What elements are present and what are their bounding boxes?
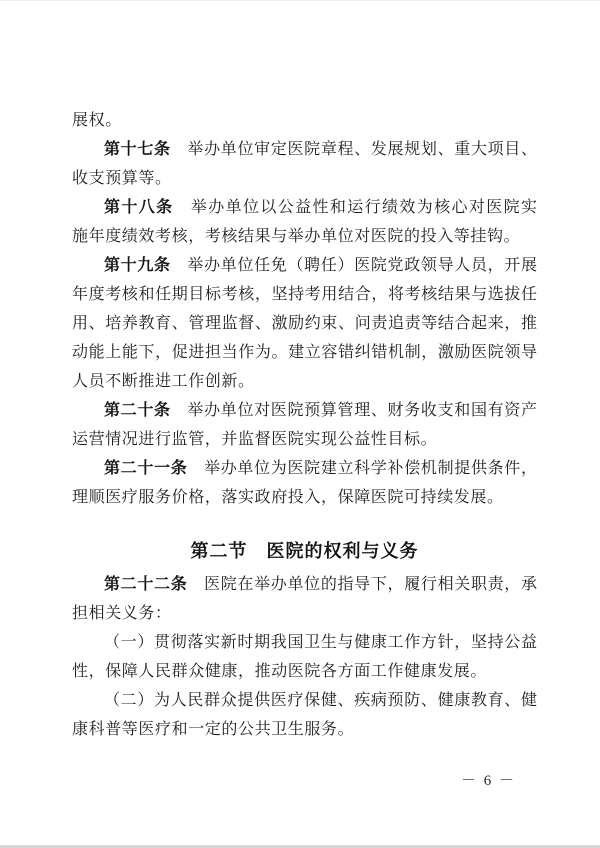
text-line: （一）贯彻落实新时期我国卫生与健康工作方针，坚持公益: [72, 628, 537, 657]
text-line: 第十八条 举办单位以公益性和运行绩效为核心对医院实: [72, 193, 537, 222]
text-run: 举办单位对医院预算管理、财务收支和国有资产: [187, 402, 537, 419]
article-number: 第十七条: [104, 141, 187, 158]
text-line: 第二十一条 举办单位为医院建立科学补偿机制提供条件，: [72, 454, 537, 483]
text-run: 年度考核和任期目标考核，坚持考用结合，将考核结果与选拔任: [72, 286, 537, 303]
text-line: 第十七条 举办单位审定医院章程、发展规划、重大项目、: [72, 135, 537, 164]
text-run: 动能上能下，促进担当作为。建立容错纠错机制，激励医院领导: [72, 344, 537, 361]
text-line: （二）为人民群众提供医疗保健、疾病预防、健康教育、健: [72, 686, 537, 715]
text-line: 动能上能下，促进担当作为。建立容错纠错机制，激励医院领导: [72, 338, 537, 367]
body-text-block-lower: 第二十二条 医院在举办单位的指导下，履行相关职责，承担相关义务：（一）贯彻落实新…: [72, 570, 537, 744]
text-line: 人员不断推进工作创新。: [72, 367, 537, 396]
text-run: 理顺医疗服务价格，落实政府投入，保障医院可持续发展。: [72, 489, 504, 506]
text-run: 康科普等医疗和一定的公共卫生服务。: [72, 721, 354, 738]
text-line: 施年度绩效考核，考核结果与举办单位对医院的投入等挂钩。: [72, 222, 537, 251]
text-line: 用、培养教育、管理监督、激励约束、问责追责等结合起来，推: [72, 309, 537, 338]
text-line: 年度考核和任期目标考核，坚持考用结合，将考核结果与选拔任: [72, 280, 537, 309]
article-number: 第二十一条: [104, 460, 204, 477]
text-run: 医院在举办单位的指导下，履行相关职责，承: [204, 576, 537, 593]
document-page: 展权。第十七条 举办单位审定医院章程、发展规划、重大项目、收支预算等。第十八条 …: [0, 0, 600, 848]
text-run: 人员不断推进工作创新。: [72, 373, 255, 390]
article-number: 第十九条: [104, 257, 187, 274]
article-number: 第十八条: [104, 199, 191, 216]
text-line: 第二十条 举办单位对医院预算管理、财务收支和国有资产: [72, 396, 537, 425]
section-heading: 第二节 医院的权利与义务: [72, 536, 537, 567]
text-run: 运营情况进行监管，并监督医院实现公益性目标。: [72, 431, 437, 448]
text-run: （一）贯彻落实新时期我国卫生与健康工作方针，坚持公益: [104, 634, 537, 651]
body-text-block-upper: 展权。第十七条 举办单位审定医院章程、发展规划、重大项目、收支预算等。第十八条 …: [72, 106, 537, 512]
text-line: 康科普等医疗和一定的公共卫生服务。: [72, 715, 537, 744]
text-line: 第二十二条 医院在举办单位的指导下，履行相关职责，承: [72, 570, 537, 599]
text-run: 性，保障人民群众健康，推动医院各方面工作健康发展。: [72, 663, 487, 680]
text-run: 担相关义务：: [72, 605, 172, 622]
text-run: 展权。: [72, 112, 122, 129]
scan-edge-top: [0, 0, 600, 1]
text-line: 担相关义务：: [72, 599, 537, 628]
article-number: 第二十二条: [104, 576, 204, 593]
text-line: 理顺医疗服务价格，落实政府投入，保障医院可持续发展。: [72, 483, 537, 512]
text-run: 举办单位审定医院章程、发展规划、重大项目、: [187, 141, 537, 158]
article-number: 第二十条: [104, 402, 187, 419]
text-run: 举办单位任免（聘任）医院党政领导人员，开展: [187, 257, 537, 274]
text-run: 用、培养教育、管理监督、激励约束、问责追责等结合起来，推: [72, 315, 537, 332]
text-line: 性，保障人民群众健康，推动医院各方面工作健康发展。: [72, 657, 537, 686]
text-line: 收支预算等。: [72, 164, 537, 193]
text-run: 施年度绩效考核，考核结果与举办单位对医院的投入等挂钩。: [72, 228, 520, 245]
text-line: 第十九条 举办单位任免（聘任）医院党政领导人员，开展: [72, 251, 537, 280]
page-number: － 6 －: [461, 769, 516, 790]
text-line: 运营情况进行监管，并监督医院实现公益性目标。: [72, 425, 537, 454]
text-line: 展权。: [72, 106, 537, 135]
text-run: 举办单位为医院建立科学补偿机制提供条件，: [204, 460, 537, 477]
text-run: （二）为人民群众提供医疗保健、疾病预防、健康教育、健: [104, 692, 537, 709]
text-run: 收支预算等。: [72, 170, 172, 187]
text-run: 举办单位以公益性和运行绩效为核心对医院实: [191, 199, 537, 216]
